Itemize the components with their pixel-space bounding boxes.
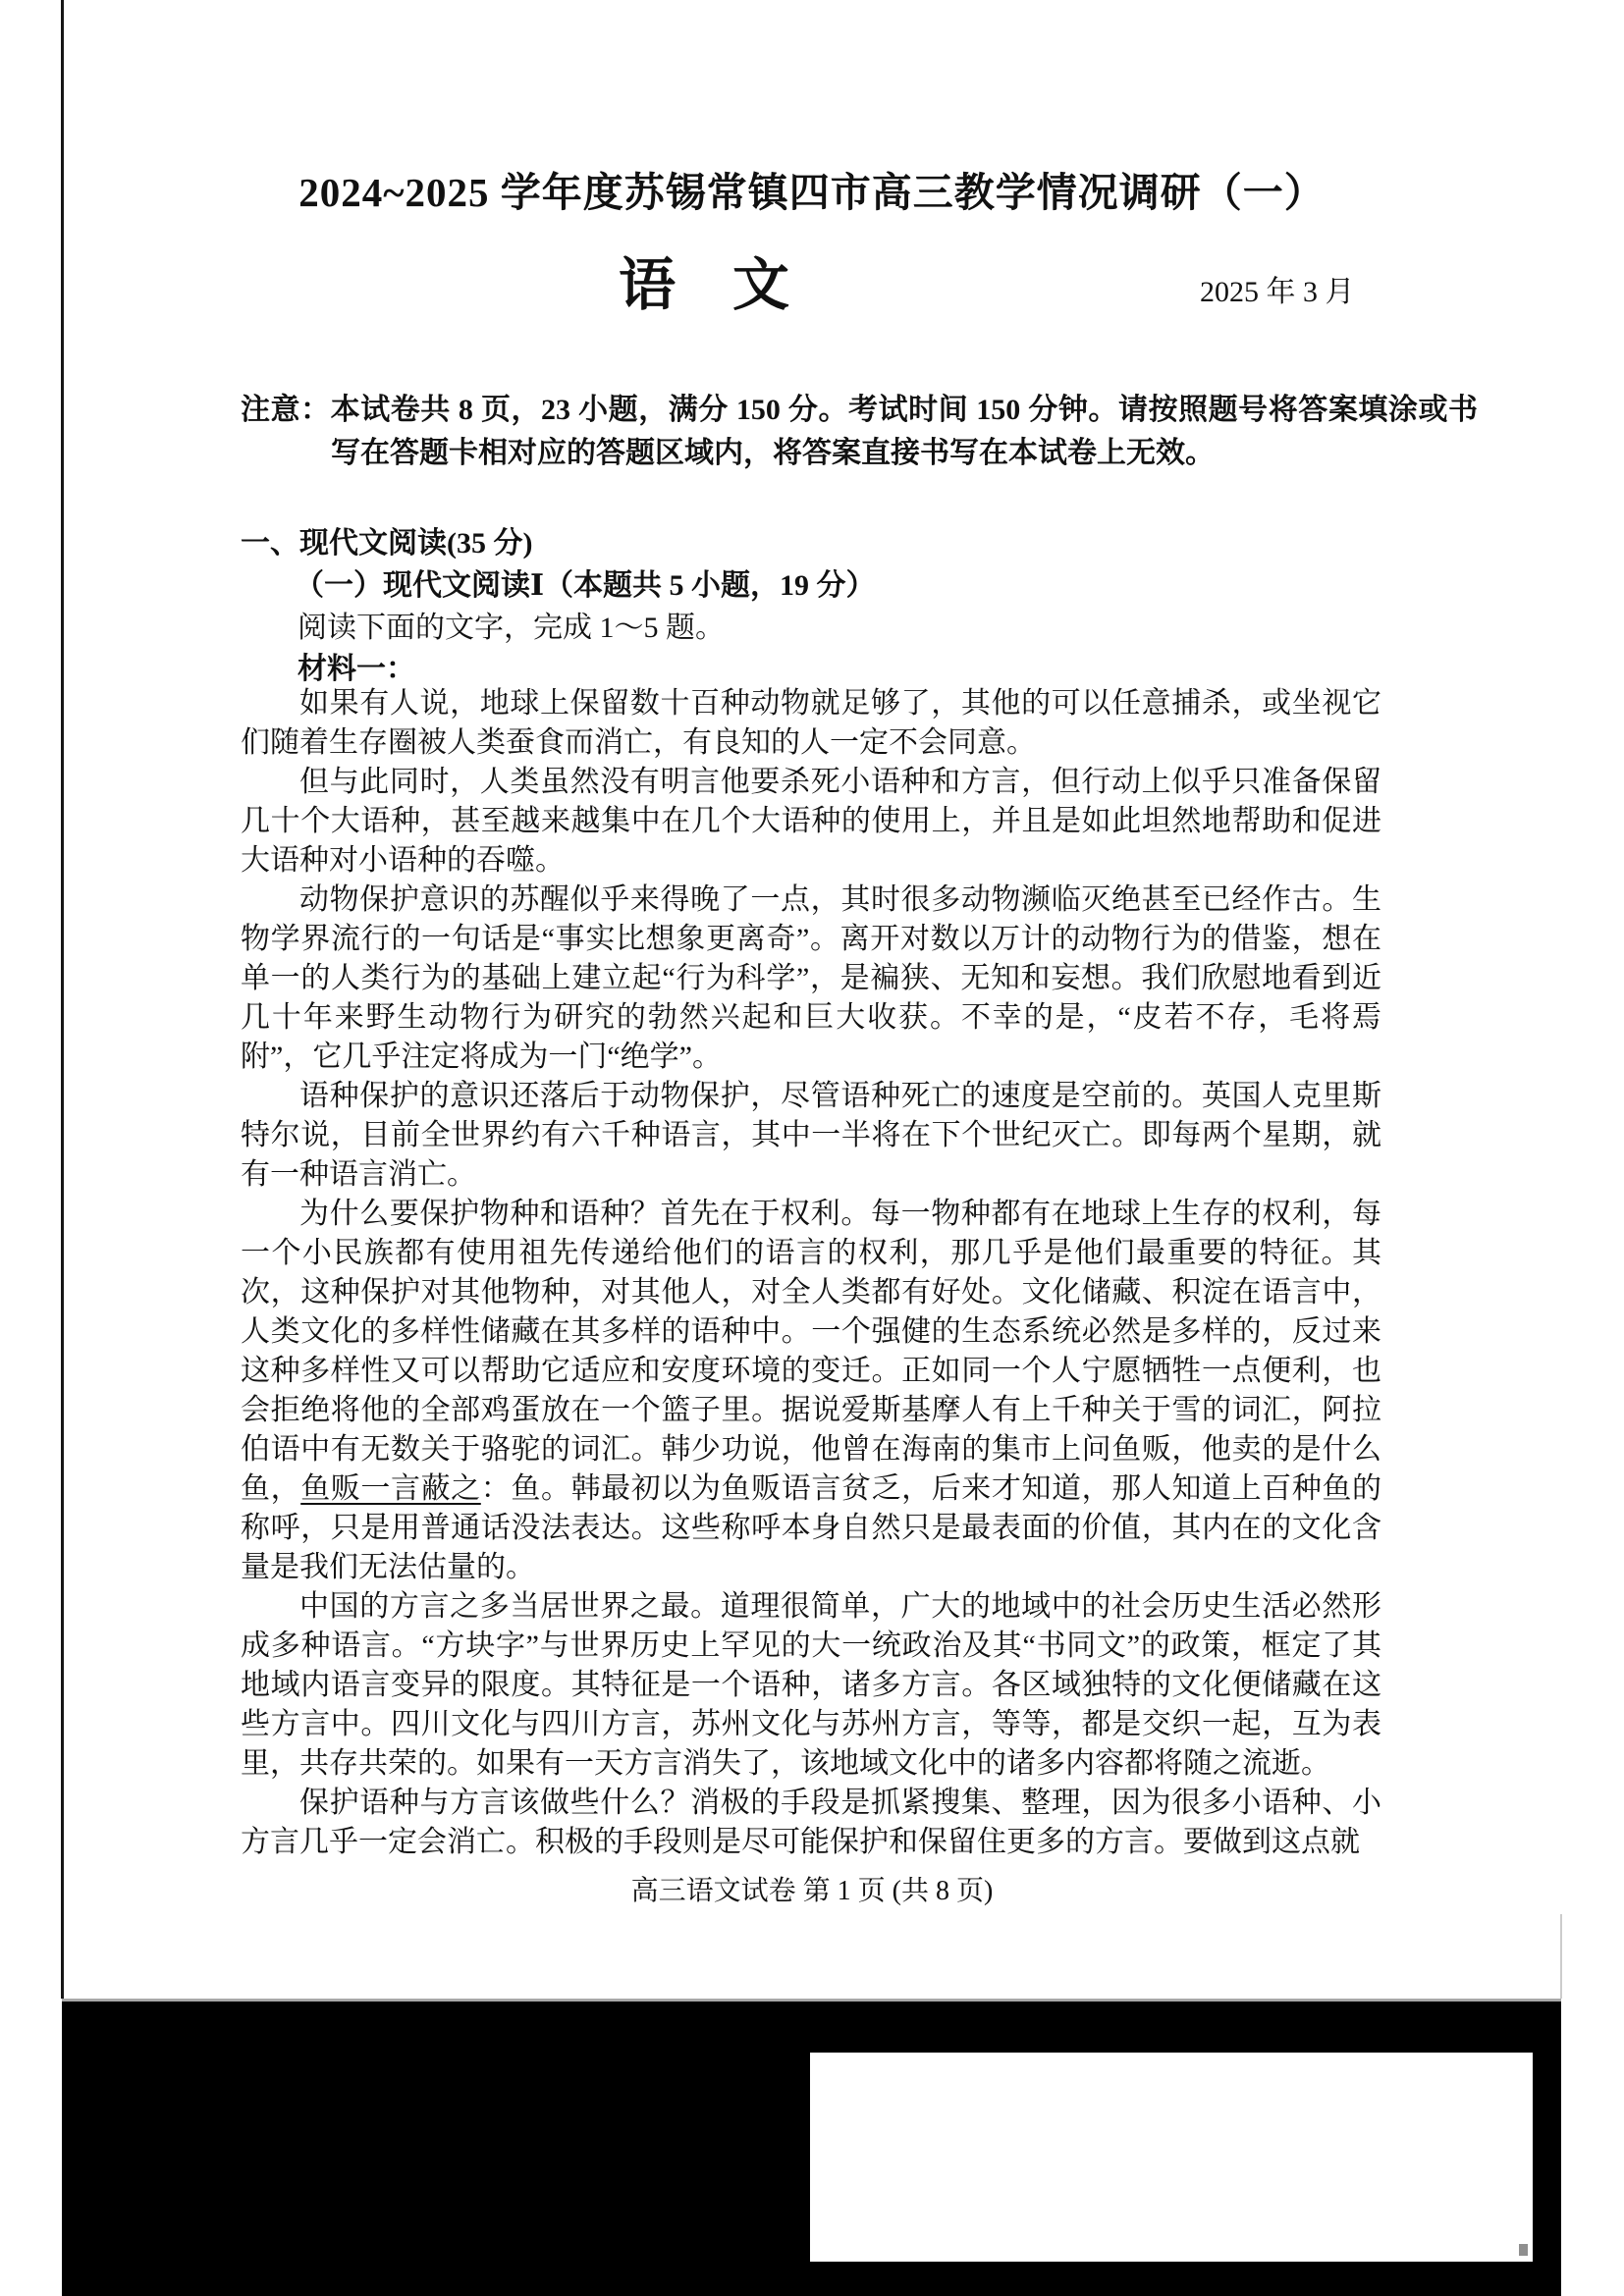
- material-paragraph-7: 保护语种与方言该做些什么？消极的手段是抓紧搜集、整理，因为很多小语种、小方言几乎…: [241, 1784, 1381, 1862]
- material-paragraph-1: 如果有人说，地球上保留数十百种动物就足够了，其他的可以任意捕杀，或坐视它们随着生…: [241, 684, 1381, 763]
- subject-title: 语 文: [619, 239, 789, 321]
- material-paragraph-6: 中国的方言之多当居世界之最。道理很简单，广大的地域中的社会历史生活必然形成多种语…: [241, 1587, 1381, 1784]
- notice: 注意：本试卷共 8 页，23 小题，满分 150 分。考试时间 150 分钟。请…: [241, 389, 1478, 475]
- section-1-heading: 一、现代文阅读(35 分): [241, 518, 532, 561]
- reading-1-heading: （一）现代文阅读Ⅰ（本题共 5 小题，19 分）: [295, 561, 876, 604]
- material-paragraph-5: 为什么要保护物种和语种？首先在于权利。每一物种都有在地球上生存的权利，每一个小民…: [241, 1195, 1381, 1587]
- exam-date: 2025 年 3 月: [1200, 267, 1355, 310]
- scan-white-patch: [810, 2053, 1533, 2262]
- exam-page: 2024~2025 学年度苏锡常镇四市高三教学情况调研（一） 语 文 2025 …: [0, 0, 1624, 2296]
- material-1-text: 如果有人说，地球上保留数十百种动物就足够了，其他的可以任意捕杀，或坐视它们随着生…: [241, 684, 1381, 1862]
- scan-smudge: [1519, 2244, 1528, 2256]
- scan-black-area: [62, 1999, 1561, 2296]
- page-right-edge-line: [1560, 1914, 1562, 1999]
- material-paragraph-3: 动物保护意识的苏醒似乎来得晚了一点，其时很多动物濒临灭绝甚至已经作古。生物学界流…: [241, 881, 1381, 1077]
- material-paragraph-2: 但与此同时，人类虽然没有明言他要杀死小语种和方言，但行动上似乎只准备保留几十个大…: [241, 763, 1381, 881]
- material-paragraph-4: 语种保护的意识还落后于动物保护，尽管语种死亡的速度是空前的。英国人克里斯特尔说，…: [241, 1077, 1381, 1195]
- notice-label: 注意：: [241, 394, 331, 426]
- notice-text: 本试卷共 8 页，23 小题，满分 150 分。考试时间 150 分钟。请按照题…: [331, 394, 1478, 469]
- material-1-label: 材料一：: [298, 644, 415, 687]
- page-footer: 高三语文试卷 第 1 页 (共 8 页): [62, 1869, 1562, 1908]
- page-left-edge-line: [61, 0, 64, 1999]
- paragraph-5-text-before: 为什么要保护物种和语种？首先在于权利。每一物种都有在地球上生存的权利，每一个小民…: [241, 1198, 1381, 1505]
- reading-instruction: 阅读下面的文字，完成 1～5 题。: [298, 603, 725, 646]
- underlined-phrase: 鱼贩一言蔽之: [300, 1472, 481, 1505]
- exam-title: 2024~2025 学年度苏锡常镇四市高三教学情况调研（一）: [62, 160, 1562, 218]
